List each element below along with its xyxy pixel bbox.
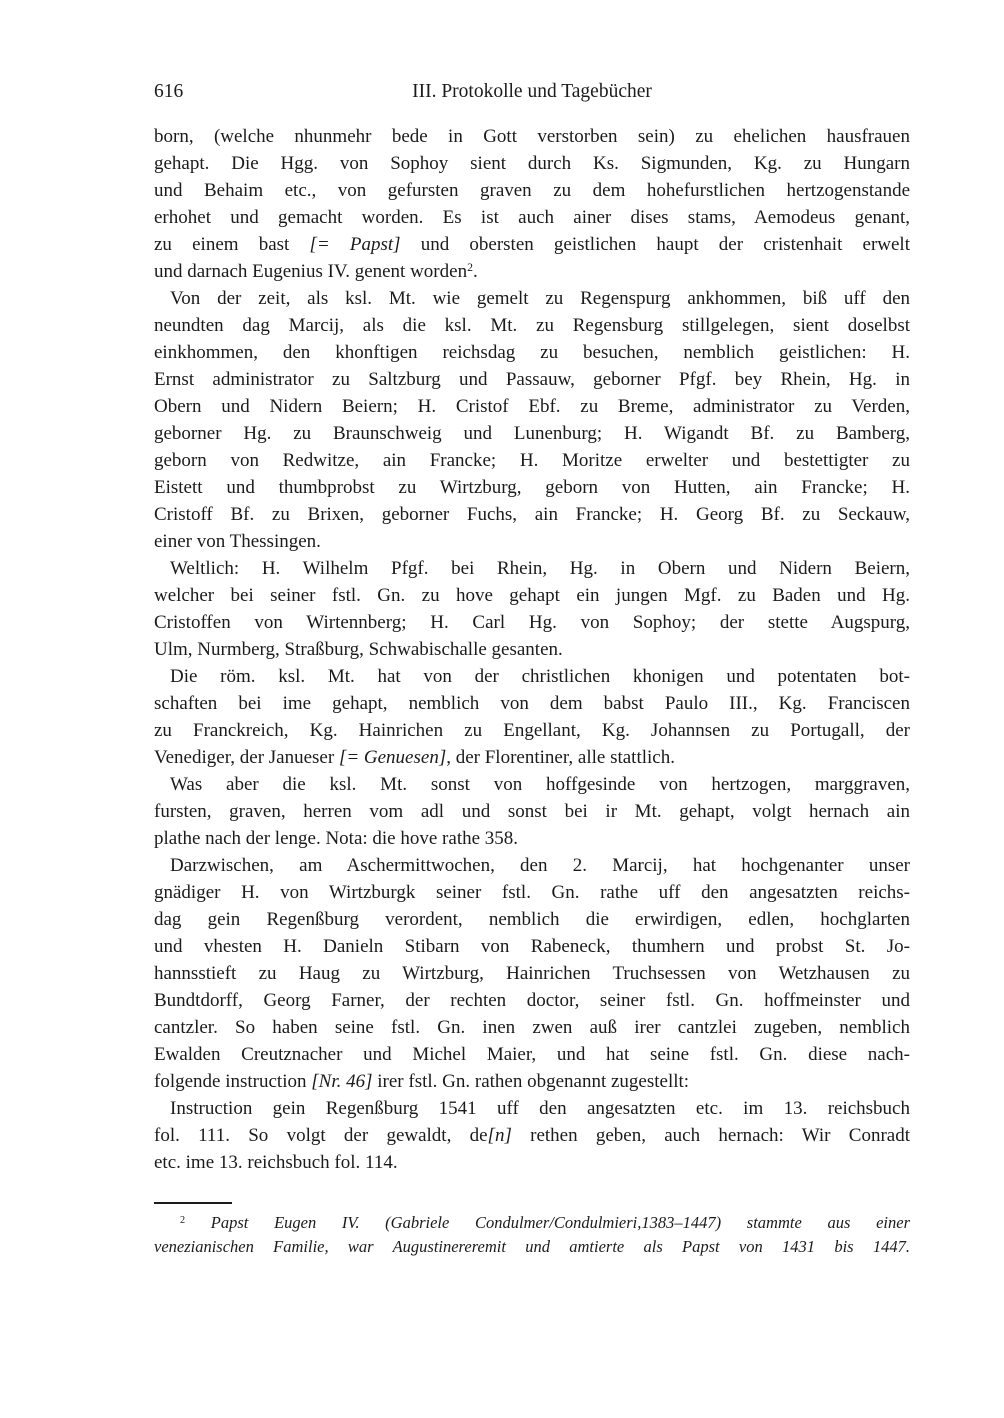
text-line: Cristoff Bf. zu Brixen, geborner Fuchs, … — [154, 501, 910, 528]
text-segment: Weltlich: H. Wilhelm Pfgf. bei Rhein, Hg… — [170, 558, 910, 579]
document-page: 616 III. Protokolle und Tagebücher born,… — [0, 0, 1004, 1418]
body-text: born, (welche nhunmehr bede in Gott vers… — [154, 123, 910, 1176]
text-line: folgende instruction [Nr. 46] irer fstl.… — [154, 1068, 910, 1095]
text-segment: und vhesten H. Danieln Stibarn von Raben… — [154, 936, 910, 957]
text-segment: [= Papst] — [309, 234, 400, 255]
text-segment: Ulm, Nurmberg, Straßburg, Schwabischalle… — [154, 639, 563, 660]
text-segment: einer von Thessingen. — [154, 531, 321, 552]
footnote-rule — [154, 1202, 232, 1204]
text-segment: cantzler. So haben seine fstl. Gn. inen … — [154, 1017, 910, 1038]
paragraph: Was aber die ksl. Mt. sonst von hoffgesi… — [154, 771, 910, 852]
text-segment: erhohet und gemacht worden. Es ist auch … — [154, 207, 910, 228]
text-line: Weltlich: H. Wilhelm Pfgf. bei Rhein, Hg… — [154, 555, 910, 582]
text-segment: neundten dag Marcij, als die ksl. Mt. zu… — [154, 315, 910, 336]
header-title: III. Protokolle und Tagebücher — [154, 78, 910, 105]
text-segment: [n] — [488, 1125, 512, 1146]
paragraph: Weltlich: H. Wilhelm Pfgf. bei Rhein, Hg… — [154, 555, 910, 663]
text-line: Von der zeit, als ksl. Mt. wie gemelt zu… — [154, 285, 910, 312]
text-line: erhohet und gemacht worden. Es ist auch … — [154, 204, 910, 231]
text-line: gehapt. Die Hgg. von Sophoy sient durch … — [154, 150, 910, 177]
text-line: Ulm, Nurmberg, Straßburg, Schwabischalle… — [154, 636, 910, 663]
text-line: einer von Thessingen. — [154, 528, 910, 555]
text-segment: fursten, graven, herren vom adl und sons… — [154, 801, 910, 822]
text-segment: Instruction gein Regenßburg 1541 uff den… — [170, 1098, 910, 1119]
text-line: Ewalden Creutznacher und Michel Maier, u… — [154, 1041, 910, 1068]
text-segment: Venediger, der Janueser — [154, 747, 339, 768]
text-line: gnädiger H. von Wirtzburgk seiner fstl. … — [154, 879, 910, 906]
text-line: geborner Hg. zu Braunschweig und Lunenbu… — [154, 420, 910, 447]
text-line: Ernst administrator zu Saltzburg und Pas… — [154, 366, 910, 393]
text-segment: plathe nach der lenge. Nota: die hove ra… — [154, 828, 518, 849]
text-segment: Cristoff Bf. zu Brixen, geborner Fuchs, … — [154, 504, 910, 525]
text-line: und Behaim etc., von gefursten graven zu… — [154, 177, 910, 204]
text-segment: , der Florentiner, alle stattlich. — [446, 747, 675, 768]
text-segment: Von der zeit, als ksl. Mt. wie gemelt zu… — [170, 288, 910, 309]
text-segment: rethen geben, auch hernach: Wir Conradt — [512, 1125, 910, 1146]
text-segment: schaften bei ime gehapt, nemblich von de… — [154, 693, 910, 714]
text-line: und darnach Eugenius IV. genent worden2. — [154, 258, 910, 285]
footnote-text: 2 Papst Eugen IV. (Gabriele Condulmer/Co… — [154, 1211, 910, 1259]
text-line: plathe nach der lenge. Nota: die hove ra… — [154, 825, 910, 852]
text-segment: Obern und Nidern Beiern; H. Cristof Ebf.… — [154, 396, 910, 417]
text-block: 616 III. Protokolle und Tagebücher born,… — [154, 78, 910, 1259]
text-segment: zu Franckreich, Kg. Hainrichen zu Engell… — [154, 720, 910, 741]
text-segment: . — [473, 261, 478, 282]
text-segment: hannsstieft zu Haug zu Wirtzburg, Hainri… — [154, 963, 910, 984]
text-line: zu einem bast [= Papst] und obersten gei… — [154, 231, 910, 258]
text-segment: geborn von Redwitze, ain Francke; H. Mor… — [154, 450, 910, 471]
text-line: Bundtdorff, Georg Farner, der rechten do… — [154, 987, 910, 1014]
text-segment: geborner Hg. zu Braunschweig und Lunenbu… — [154, 423, 910, 444]
text-line: fursten, graven, herren vom adl und sons… — [154, 798, 910, 825]
text-segment: gnädiger H. von Wirtzburgk seiner fstl. … — [154, 882, 910, 903]
text-segment: und obersten geistlichen haupt der crist… — [401, 234, 910, 255]
text-line: zu Franckreich, Kg. Hainrichen zu Engell… — [154, 717, 910, 744]
text-line: Was aber die ksl. Mt. sonst von hoffgesi… — [154, 771, 910, 798]
text-line: und vhesten H. Danieln Stibarn von Raben… — [154, 933, 910, 960]
text-segment: venezianischen Familie, war Augustinerer… — [154, 1237, 910, 1256]
paragraph: born, (welche nhunmehr bede in Gott vers… — [154, 123, 910, 285]
paragraph: Von der zeit, als ksl. Mt. wie gemelt zu… — [154, 285, 910, 555]
paragraph: 2 Papst Eugen IV. (Gabriele Condulmer/Co… — [154, 1211, 910, 1259]
text-line: Cristoffen von Wirtennberg; H. Carl Hg. … — [154, 609, 910, 636]
text-segment: [= Genuesen] — [339, 747, 446, 768]
text-segment: irer fstl. Gn. rathen obgenannt zugestel… — [373, 1071, 690, 1092]
text-segment: Bundtdorff, Georg Farner, der rechten do… — [154, 990, 910, 1011]
text-line: fol. 111. So volgt der gewaldt, de[n] re… — [154, 1122, 910, 1149]
text-segment: [Nr. 46] — [311, 1071, 372, 1092]
text-segment — [185, 1213, 211, 1232]
text-line: schaften bei ime gehapt, nemblich von de… — [154, 690, 910, 717]
text-segment: Darzwischen, am Aschermittwochen, den 2.… — [170, 855, 910, 876]
text-line: hannsstieft zu Haug zu Wirtzburg, Hainri… — [154, 960, 910, 987]
text-line: geborn von Redwitze, ain Francke; H. Mor… — [154, 447, 910, 474]
text-line: Die röm. ksl. Mt. hat von der christlich… — [154, 663, 910, 690]
text-line: 2 Papst Eugen IV. (Gabriele Condulmer/Co… — [154, 1211, 910, 1235]
text-segment: Was aber die ksl. Mt. sonst von hoffgesi… — [170, 774, 910, 795]
page-number: 616 — [154, 78, 183, 105]
text-segment: einkhommen, den khonftigen reichsdag zu … — [154, 342, 910, 363]
paragraph: Die röm. ksl. Mt. hat von der christlich… — [154, 663, 910, 771]
text-line: welcher bei seiner fstl. Gn. zu hove geh… — [154, 582, 910, 609]
text-segment: zu einem bast — [154, 234, 309, 255]
text-line: Obern und Nidern Beiern; H. Cristof Ebf.… — [154, 393, 910, 420]
text-segment: gehapt. Die Hgg. von Sophoy sient durch … — [154, 153, 910, 174]
text-segment: Cristoffen von Wirtennberg; H. Carl Hg. … — [154, 612, 910, 633]
text-line: born, (welche nhunmehr bede in Gott vers… — [154, 123, 910, 150]
text-segment: Ernst administrator zu Saltzburg und Pas… — [154, 369, 910, 390]
text-segment: Ewalden Creutznacher und Michel Maier, u… — [154, 1044, 910, 1065]
text-segment: born, (welche nhunmehr bede in Gott vers… — [154, 126, 910, 147]
text-line: einkhommen, den khonftigen reichsdag zu … — [154, 339, 910, 366]
text-line: etc. ime 13. reichsbuch fol. 114. — [154, 1149, 910, 1176]
paragraph: Darzwischen, am Aschermittwochen, den 2.… — [154, 852, 910, 1095]
text-segment: Eistett und thumbprobst zu Wirtzburg, ge… — [154, 477, 910, 498]
text-line: venezianischen Familie, war Augustinerer… — [154, 1235, 910, 1259]
text-line: Darzwischen, am Aschermittwochen, den 2.… — [154, 852, 910, 879]
text-line: dag gein Regenßburg verordent, nemblich … — [154, 906, 910, 933]
text-segment: und darnach Eugenius IV. genent worden — [154, 261, 467, 282]
text-segment: fol. 111. So volgt der gewaldt, de — [154, 1125, 488, 1146]
text-segment: und Behaim etc., von gefursten graven zu… — [154, 180, 910, 201]
text-line: neundten dag Marcij, als die ksl. Mt. zu… — [154, 312, 910, 339]
text-segment: folgende instruction — [154, 1071, 311, 1092]
text-line: cantzler. So haben seine fstl. Gn. inen … — [154, 1014, 910, 1041]
text-line: Eistett und thumbprobst zu Wirtzburg, ge… — [154, 474, 910, 501]
text-segment: Papst Eugen IV. (Gabriele Condulmer/Cond… — [211, 1213, 910, 1232]
footnote-section: 2 Papst Eugen IV. (Gabriele Condulmer/Co… — [154, 1202, 910, 1259]
text-segment: welcher bei seiner fstl. Gn. zu hove geh… — [154, 585, 910, 606]
text-segment: etc. ime 13. reichsbuch fol. 114. — [154, 1152, 398, 1173]
text-segment: dag gein Regenßburg verordent, nemblich … — [154, 909, 910, 930]
text-line: Venediger, der Janueser [= Genuesen], de… — [154, 744, 910, 771]
text-line: Instruction gein Regenßburg 1541 uff den… — [154, 1095, 910, 1122]
text-segment: Die röm. ksl. Mt. hat von der christlich… — [170, 666, 910, 687]
paragraph: Instruction gein Regenßburg 1541 uff den… — [154, 1095, 910, 1176]
running-head: 616 III. Protokolle und Tagebücher — [154, 78, 910, 105]
